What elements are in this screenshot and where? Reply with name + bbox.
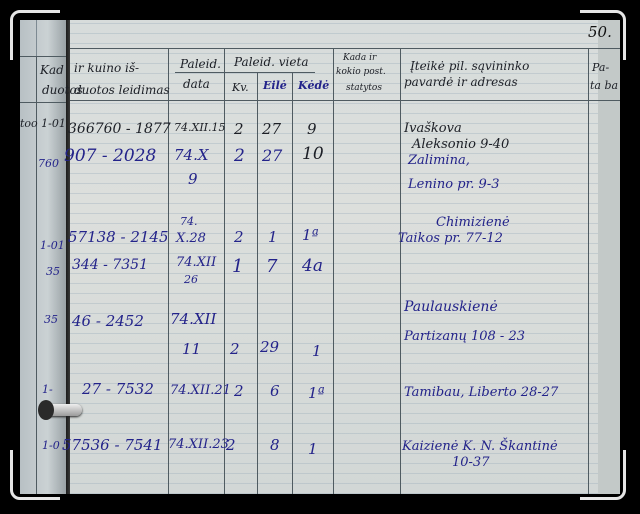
row7-issue: 57536 - 7541 — [62, 438, 163, 453]
row3-date: X.28 — [176, 232, 206, 245]
row4-date-extra: 26 — [184, 274, 198, 285]
row4-date: 74.XII — [176, 256, 216, 269]
row6-kv: 2 — [234, 384, 244, 399]
col-person-rule — [400, 48, 401, 494]
row1-person-line1: Ivaškova — [404, 122, 462, 135]
frame-gap-right — [620, 60, 640, 450]
row3-eile: 1 — [268, 230, 278, 245]
row2-kede: 10 — [302, 146, 324, 163]
row5-kv: 2 — [230, 342, 240, 357]
col-date-rule — [168, 48, 169, 494]
col-kede-rule — [292, 72, 293, 494]
row5-issue: 46 - 2452 — [72, 314, 144, 329]
frame-gap-bottom — [60, 494, 580, 514]
row6-person-line1: Tamibau, Liberto 28-27 — [404, 386, 558, 399]
row2-eile: 27 — [262, 148, 282, 164]
col-place-rule — [224, 48, 225, 494]
row1-person-line2: Aleksonio 9-40 — [412, 138, 509, 151]
row3-person-line1: Chimizienė — [436, 216, 510, 229]
row2-person-line1: Zalimina, — [408, 154, 470, 167]
header-bottom-rule — [70, 100, 620, 101]
header-when-line1: Kada ir — [343, 54, 376, 63]
row3-issue: 57138 - 2145 — [68, 230, 169, 245]
header-last-line1: Pa- — [592, 62, 609, 73]
row7-margin: 1-0 — [42, 440, 60, 451]
row1-eile: 27 — [262, 122, 281, 137]
col-when-rule — [333, 48, 334, 494]
row7-kv: 2 — [226, 438, 236, 453]
row3-kv: 2 — [234, 230, 244, 245]
row1-margin: too 1-01 — [20, 118, 66, 129]
row7-person-line1: Kaizienė K. N. Škantinė — [402, 440, 558, 453]
header-when-line3: statytos — [346, 84, 382, 93]
row5-date: 74.XII — [170, 312, 216, 327]
row2-kv: 2 — [234, 148, 245, 165]
frame-gap-top — [60, 0, 580, 20]
header-left-margin: Kad — [40, 64, 64, 76]
row1-kv: 2 — [234, 122, 244, 137]
row6-eile: 6 — [270, 384, 280, 399]
header-date-line2: data — [183, 78, 210, 90]
row2-margin: 760 — [38, 158, 59, 169]
header-top-rule — [70, 48, 620, 49]
row1-issue: 366760 - 1877 — [68, 122, 171, 136]
header-person-line2: pavardė ir adresas — [404, 76, 518, 88]
row6-kede: 1ª — [308, 386, 325, 401]
page-number: 50. — [588, 23, 612, 41]
row4-issue: 344 - 7351 — [72, 258, 148, 272]
place-subheader-rule — [175, 72, 315, 73]
row5-eile: 29 — [260, 340, 279, 355]
row2-person-line2: Lenino pr. 9-3 — [408, 178, 500, 191]
frame-gap-left — [0, 60, 20, 450]
row1-date: 74.XII.15 — [174, 122, 226, 133]
row7-eile: 8 — [270, 438, 280, 453]
row3-margin: 1-01 — [40, 240, 65, 251]
header-issue-line1: ir kuino iš- — [74, 62, 139, 74]
row5-date-extra: 11 — [182, 342, 201, 357]
row6-date: 74.XII.21 — [170, 384, 231, 397]
row7-kede: 1 — [308, 442, 318, 457]
header-place-kv: Kv. — [232, 82, 249, 93]
row3-person-line2: Taikos pr. 77-12 — [398, 232, 503, 245]
header-issue-line2: duotos leidimas — [74, 84, 170, 96]
row5-person-line1: Paulauskienė — [404, 300, 498, 314]
row3-kede: 1ª — [302, 228, 319, 243]
binder-ring — [44, 404, 82, 416]
header-last-line2: ta ba — [590, 80, 618, 91]
ledger-photo: 50. Kad duotos ir kuino iš- duotos leidi… — [20, 20, 620, 494]
header-person-line1: Įteikė pil. sąvininko — [410, 60, 529, 72]
left-header-bottom-rule — [20, 102, 66, 103]
row1-kede: 9 — [307, 122, 317, 137]
row4-kv: 1 — [232, 258, 243, 276]
header-when-line2: kokio post. — [336, 68, 386, 77]
left-header-top-rule — [20, 56, 66, 57]
row7-date: 74.XII.23 — [168, 438, 229, 451]
row5-person-line2: Partizanų 108 - 23 — [404, 330, 525, 343]
row5-margin: 35 — [44, 314, 58, 325]
header-place-kede: Kėdė — [298, 80, 329, 91]
row4-margin: 35 — [46, 266, 60, 277]
header-place-eile: Eilė — [263, 80, 287, 91]
row2-date-extra: 9 — [188, 172, 198, 187]
row5-kede: 1 — [312, 344, 322, 359]
row6-issue: 27 - 7532 — [82, 382, 154, 397]
header-place-group: Paleid. vieta — [234, 56, 308, 68]
row4-kede: 4a — [302, 258, 323, 275]
col-eile-rule — [257, 72, 258, 494]
row2-issue: 907 - 2028 — [64, 148, 156, 165]
col-last-rule — [588, 48, 589, 494]
header-date-line1: Paleid. — [180, 58, 221, 70]
row7-person-line2: 10-37 — [452, 456, 489, 469]
row6-margin: 1- — [42, 384, 53, 395]
row3-date-top: 74. — [180, 216, 198, 227]
row2-date: 74.X — [174, 148, 209, 163]
row4-eile: 7 — [266, 258, 277, 276]
